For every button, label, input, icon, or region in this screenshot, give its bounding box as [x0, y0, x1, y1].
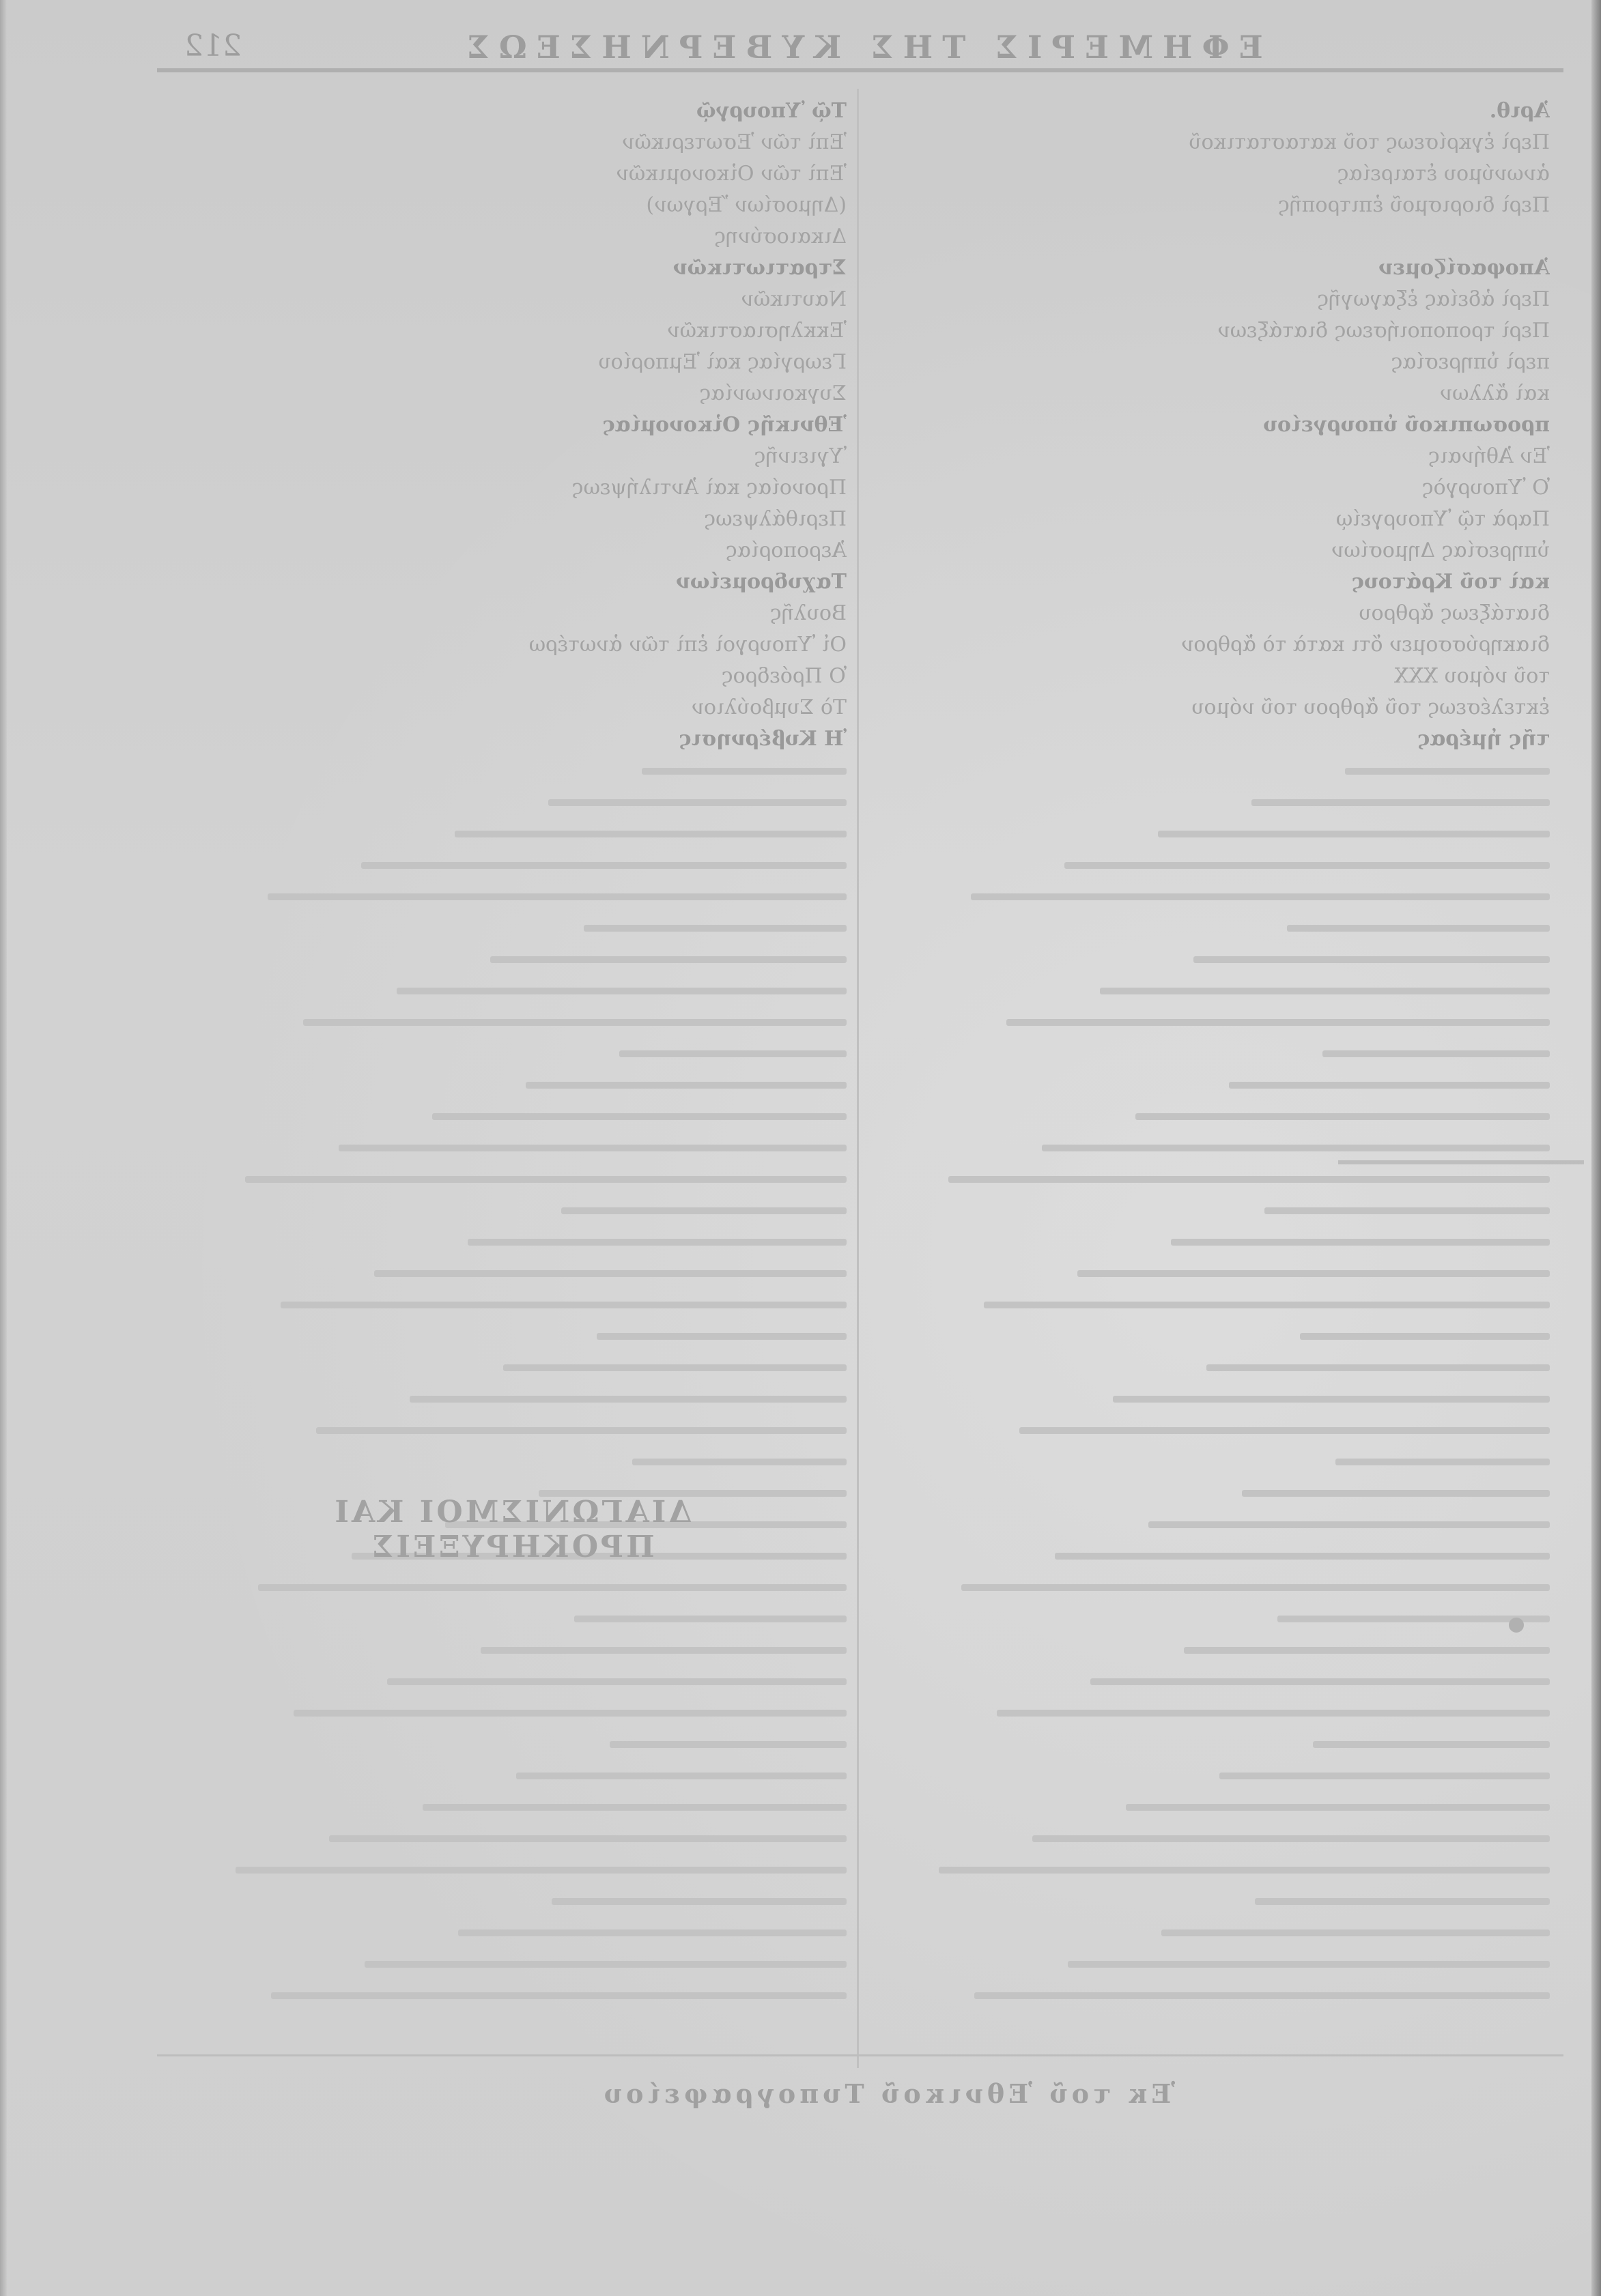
- illegible-line: [867, 1854, 1550, 1885]
- faded-text: [1171, 1239, 1550, 1246]
- illegible-line: [867, 1383, 1550, 1414]
- text-line: ἐκτελέσεως τοῦ ἄρθρου τοῦ νόμου: [867, 692, 1550, 723]
- faded-text: [1345, 768, 1550, 775]
- faded-text: [397, 988, 847, 994]
- faded-text: [610, 1741, 847, 1748]
- text-line: καὶ τοῦ Κράτους: [867, 566, 1550, 598]
- page-right-edge: [1591, 0, 1601, 2296]
- faded-text: [236, 1867, 847, 1874]
- text-line: Ἀεροπορίας: [157, 535, 847, 566]
- faded-text: [1287, 925, 1550, 932]
- illegible-line: [867, 1257, 1550, 1289]
- page-number: 212: [184, 29, 242, 63]
- illegible-line: [157, 849, 847, 880]
- faded-text: [516, 1773, 847, 1779]
- illegible-line: [157, 786, 847, 818]
- illegible-line: [157, 1603, 847, 1634]
- faded-text: [1126, 1804, 1550, 1811]
- faded-text: [1242, 1490, 1550, 1497]
- illegible-line: [867, 755, 1550, 786]
- faded-text: [1264, 1207, 1550, 1214]
- text-line: Δικαιοσύνης: [157, 221, 847, 253]
- faded-text: [984, 1302, 1550, 1308]
- faded-text: [1019, 1427, 1550, 1434]
- illegible-line: [157, 1665, 847, 1697]
- illegible-line: [157, 1948, 847, 1979]
- faded-text: [468, 1239, 847, 1246]
- illegible-line: [157, 1383, 847, 1414]
- illegible-line: [867, 1979, 1550, 2011]
- text-line: Προνοίας καὶ Ἀντιλήψεως: [157, 472, 847, 504]
- illegible-line: [157, 1854, 847, 1885]
- text-line: Συγκοινωνίας: [157, 378, 847, 410]
- illegible-line: [157, 1885, 847, 1917]
- illegible-line: [867, 1822, 1550, 1854]
- faded-text: [632, 1459, 847, 1465]
- faded-text: [1206, 1364, 1550, 1371]
- faded-text: [361, 862, 847, 869]
- faded-text: [268, 893, 847, 900]
- faded-text: [1219, 1773, 1550, 1779]
- faded-text: [245, 1176, 847, 1183]
- faded-text: [458, 1929, 847, 1936]
- faded-text: [561, 1207, 847, 1214]
- faded-text: [481, 1647, 847, 1654]
- illegible-line: [157, 912, 847, 943]
- illegible-line: [867, 1414, 1550, 1446]
- illegible-line: [867, 849, 1550, 880]
- text-line: ἀνωνύμου ἑταιρείας: [867, 158, 1550, 190]
- faded-text: [329, 1835, 847, 1842]
- faded-text: [410, 1396, 847, 1403]
- faded-text: [1229, 1082, 1550, 1089]
- faded-text: [271, 1992, 847, 1999]
- text-line: Βουλῆς: [157, 598, 847, 629]
- faded-text: [1068, 1961, 1550, 1968]
- text-line: περὶ ὑπηρεσίας: [867, 347, 1550, 378]
- text-line: Ἡ Κυβέρνησις: [157, 723, 847, 755]
- text-line: Ἐν Ἀθήναις: [867, 441, 1550, 472]
- illegible-line: [157, 1728, 847, 1760]
- text-line: προσωπικοῦ ὑπουργείου: [867, 410, 1550, 441]
- faded-text: [1148, 1521, 1550, 1528]
- text-line: Ὑγιεινῆς: [157, 441, 847, 472]
- faded-text: [619, 1050, 847, 1057]
- faded-text: [552, 1898, 847, 1905]
- faded-text: [1158, 831, 1550, 837]
- faded-text: [1006, 1019, 1550, 1026]
- illegible-line: [867, 1885, 1550, 1917]
- text-line: Οἱ Ὑπουργοὶ ἐπὶ τῶν ἀνωτέρω: [157, 629, 847, 661]
- text-line: διακηρύσσομεν ὅτι κατὰ τὸ ἄρθρον: [867, 629, 1550, 661]
- faded-text: [490, 956, 847, 963]
- header-rule: [157, 68, 1563, 72]
- left-column: Τῷ ὙπουργῷἘπὶ τῶν ἘσωτερικῶνἘπὶ τῶν Οἰκο…: [157, 96, 847, 2011]
- illegible-line: [157, 1163, 847, 1194]
- illegible-line: [867, 975, 1550, 1006]
- text-line: Περὶ ἐγκρίσεως τοῦ καταστατικοῦ: [867, 127, 1550, 158]
- illegible-line: [867, 1320, 1550, 1351]
- faded-text: [1032, 1835, 1550, 1842]
- faded-text: [1042, 1145, 1550, 1151]
- faded-text: [939, 1867, 1550, 1874]
- text-line: τῆς ἡμέρας: [867, 723, 1550, 755]
- illegible-line: [867, 1760, 1550, 1791]
- illegible-line: [157, 1760, 847, 1791]
- faded-text: [1193, 956, 1550, 963]
- text-line: καὶ ἄλλων: [867, 378, 1550, 410]
- illegible-line: [867, 1634, 1550, 1665]
- text-line: Ταχυδρομείων: [157, 566, 847, 598]
- illegible-line: [867, 1603, 1550, 1634]
- illegible-line: [867, 1571, 1550, 1603]
- illegible-line: [157, 755, 847, 786]
- illegible-line: [157, 1571, 847, 1603]
- faded-text: [503, 1364, 847, 1371]
- faded-text: [339, 1145, 847, 1151]
- illegible-line: [157, 1697, 847, 1728]
- illegible-line: [867, 1351, 1550, 1383]
- text-line: Περιθάλψεως: [157, 504, 847, 535]
- illegible-line: [867, 1289, 1550, 1320]
- illegible-line: [867, 1948, 1550, 1979]
- page-left-edge: [0, 0, 7, 2296]
- illegible-line: [867, 1194, 1550, 1226]
- illegible-line: [867, 1697, 1550, 1728]
- illegible-line: [867, 1917, 1550, 1948]
- illegible-line: [157, 818, 847, 849]
- faded-text: [1055, 1553, 1550, 1560]
- text-line: Τῷ Ὑπουργῷ: [157, 96, 847, 127]
- text-line: Ὁ Ὑπουργὸς: [867, 472, 1550, 504]
- illegible-line: [867, 1728, 1550, 1760]
- faded-text: [423, 1804, 847, 1811]
- gazette-title: ΕΦΗΜΕΡΙΣ ΤΗΣ ΚΥΒΕΡΝΗΣΕΩΣ: [157, 29, 1563, 66]
- ink-blot: [1509, 1618, 1524, 1633]
- illegible-line: [867, 1069, 1550, 1100]
- illegible-line: [867, 880, 1550, 912]
- faded-text: [1313, 1741, 1550, 1748]
- faded-text: [294, 1710, 847, 1717]
- right-column: Ἀριθ.Περὶ ἐγκρίσεως τοῦ καταστατικοῦἀνων…: [867, 96, 1550, 2011]
- illegible-line: [867, 1132, 1550, 1163]
- illegible-line: [867, 943, 1550, 975]
- illegible-line: [157, 880, 847, 912]
- faded-text: [374, 1270, 847, 1277]
- faded-text: [365, 1961, 847, 1968]
- faded-text: [974, 1992, 1550, 1999]
- text-line: Ἐπὶ τῶν Ἐσωτερικῶν: [157, 127, 847, 158]
- illegible-line: [157, 1446, 847, 1477]
- faded-text: [281, 1302, 847, 1308]
- faded-text: [1161, 1929, 1550, 1936]
- faded-text: [432, 1113, 847, 1120]
- illegible-line: [867, 1446, 1550, 1477]
- faded-text: [1184, 1647, 1550, 1654]
- text-line: Ὁ Πρόεδρος: [157, 661, 847, 692]
- faded-text: [597, 1333, 847, 1340]
- printer-imprint: Ἐκ τοῦ Ἐθνικοῦ Τυπογραφείου: [410, 2078, 1365, 2109]
- text-line: [867, 221, 1550, 253]
- illegible-line: [157, 1351, 847, 1383]
- illegible-line: [867, 1508, 1550, 1540]
- illegible-line: [157, 1132, 847, 1163]
- illegible-line: [157, 1100, 847, 1132]
- illegible-line: [157, 1194, 847, 1226]
- faded-text: [1100, 988, 1550, 994]
- faded-text: [1300, 1333, 1550, 1340]
- illegible-line: [157, 1226, 847, 1257]
- illegible-line: [157, 975, 847, 1006]
- illegible-line: [157, 1822, 847, 1854]
- faded-text: [584, 925, 847, 932]
- illegible-line: [867, 1037, 1550, 1069]
- faded-text: [1335, 1459, 1550, 1465]
- text-line: Ἐθνικῆς Οἰκονομίας: [157, 410, 847, 441]
- column-divider: [857, 89, 859, 2068]
- illegible-line: [157, 1917, 847, 1948]
- text-line: Ἐκκλησιαστικῶν: [157, 315, 847, 347]
- illegible-line: [867, 912, 1550, 943]
- faded-text: [1255, 1898, 1550, 1905]
- illegible-line: [157, 1037, 847, 1069]
- faded-text: [948, 1176, 1550, 1183]
- illegible-line: [867, 786, 1550, 818]
- faded-text: [997, 1710, 1550, 1717]
- illegible-line: [157, 1414, 847, 1446]
- footer-rule: [157, 2054, 1563, 2056]
- text-line: διατάξεως ἄρθρου: [867, 598, 1550, 629]
- illegible-line: [157, 1979, 847, 2011]
- faded-text: [574, 1616, 847, 1622]
- faded-text: [387, 1678, 847, 1685]
- faded-text: [303, 1019, 847, 1026]
- illegible-line: [867, 1540, 1550, 1571]
- illegible-line: [157, 1791, 847, 1822]
- illegible-line: [157, 1289, 847, 1320]
- text-line: Παρὰ τῷ Ὑπουργείῳ: [867, 504, 1550, 535]
- illegible-line: [157, 1069, 847, 1100]
- text-line: Περὶ ἀδείας ἐξαγωγῆς: [867, 284, 1550, 315]
- illegible-line: [867, 1006, 1550, 1037]
- text-line: ὑπηρεσίας Δημοσίων: [867, 535, 1550, 566]
- faded-text: [961, 1584, 1550, 1591]
- page-header: ΕΦΗΜΕΡΙΣ ΤΗΣ ΚΥΒΕΡΝΗΣΕΩΣ 212: [157, 25, 1563, 72]
- faded-text: [1135, 1113, 1550, 1120]
- faded-text: [1322, 1050, 1550, 1057]
- text-line: τοῦ νόμου ΧΧΧ: [867, 661, 1550, 692]
- faded-text: [1113, 1396, 1550, 1403]
- faded-text: [258, 1584, 847, 1591]
- text-line: Περὶ διορισμοῦ ἐπιτροπῆς: [867, 190, 1550, 221]
- illegible-line: [867, 1163, 1550, 1194]
- faded-text: [971, 893, 1550, 900]
- section-heading: ΔΙΑΓΩΝΙΣΜΟΙ ΚΑΙ ΠΡΟΚΗΡΥΞΕΙΣ: [246, 1495, 778, 1564]
- illegible-line: [867, 1477, 1550, 1508]
- faded-text: [526, 1082, 847, 1089]
- illegible-line: [157, 1634, 847, 1665]
- illegible-line: [867, 1100, 1550, 1132]
- illegible-line: [157, 943, 847, 975]
- faded-text: [1064, 862, 1550, 869]
- text-line: Ναυτικῶν: [157, 284, 847, 315]
- illegible-line: [157, 1006, 847, 1037]
- text-line: Γεωργίας καὶ Ἐμπορίου: [157, 347, 847, 378]
- text-line: Περὶ τροποποιήσεως διατάξεων: [867, 315, 1550, 347]
- text-line: (Δημοσίων Ἔργων): [157, 190, 847, 221]
- faded-text: [1090, 1678, 1550, 1685]
- faded-text: [642, 768, 847, 775]
- illegible-line: [157, 1320, 847, 1351]
- text-line: Ἀριθ.: [867, 96, 1550, 127]
- text-line: Ἀποφασίζομεν: [867, 253, 1550, 284]
- illegible-line: [867, 1226, 1550, 1257]
- text-line: Ἐπὶ τῶν Οἰκονομικῶν: [157, 158, 847, 190]
- illegible-line: [867, 818, 1550, 849]
- faded-text: [455, 831, 847, 837]
- illegible-line: [157, 1257, 847, 1289]
- faded-text: [1077, 1270, 1550, 1277]
- faded-text: [1251, 799, 1550, 806]
- illegible-line: [867, 1665, 1550, 1697]
- illegible-line: [867, 1791, 1550, 1822]
- fold-crease: [1338, 1160, 1584, 1164]
- text-line: Στρατιωτικῶν: [157, 253, 847, 284]
- faded-text: [548, 799, 847, 806]
- faded-text: [316, 1427, 847, 1434]
- text-line: Τὸ Συμβούλιον: [157, 692, 847, 723]
